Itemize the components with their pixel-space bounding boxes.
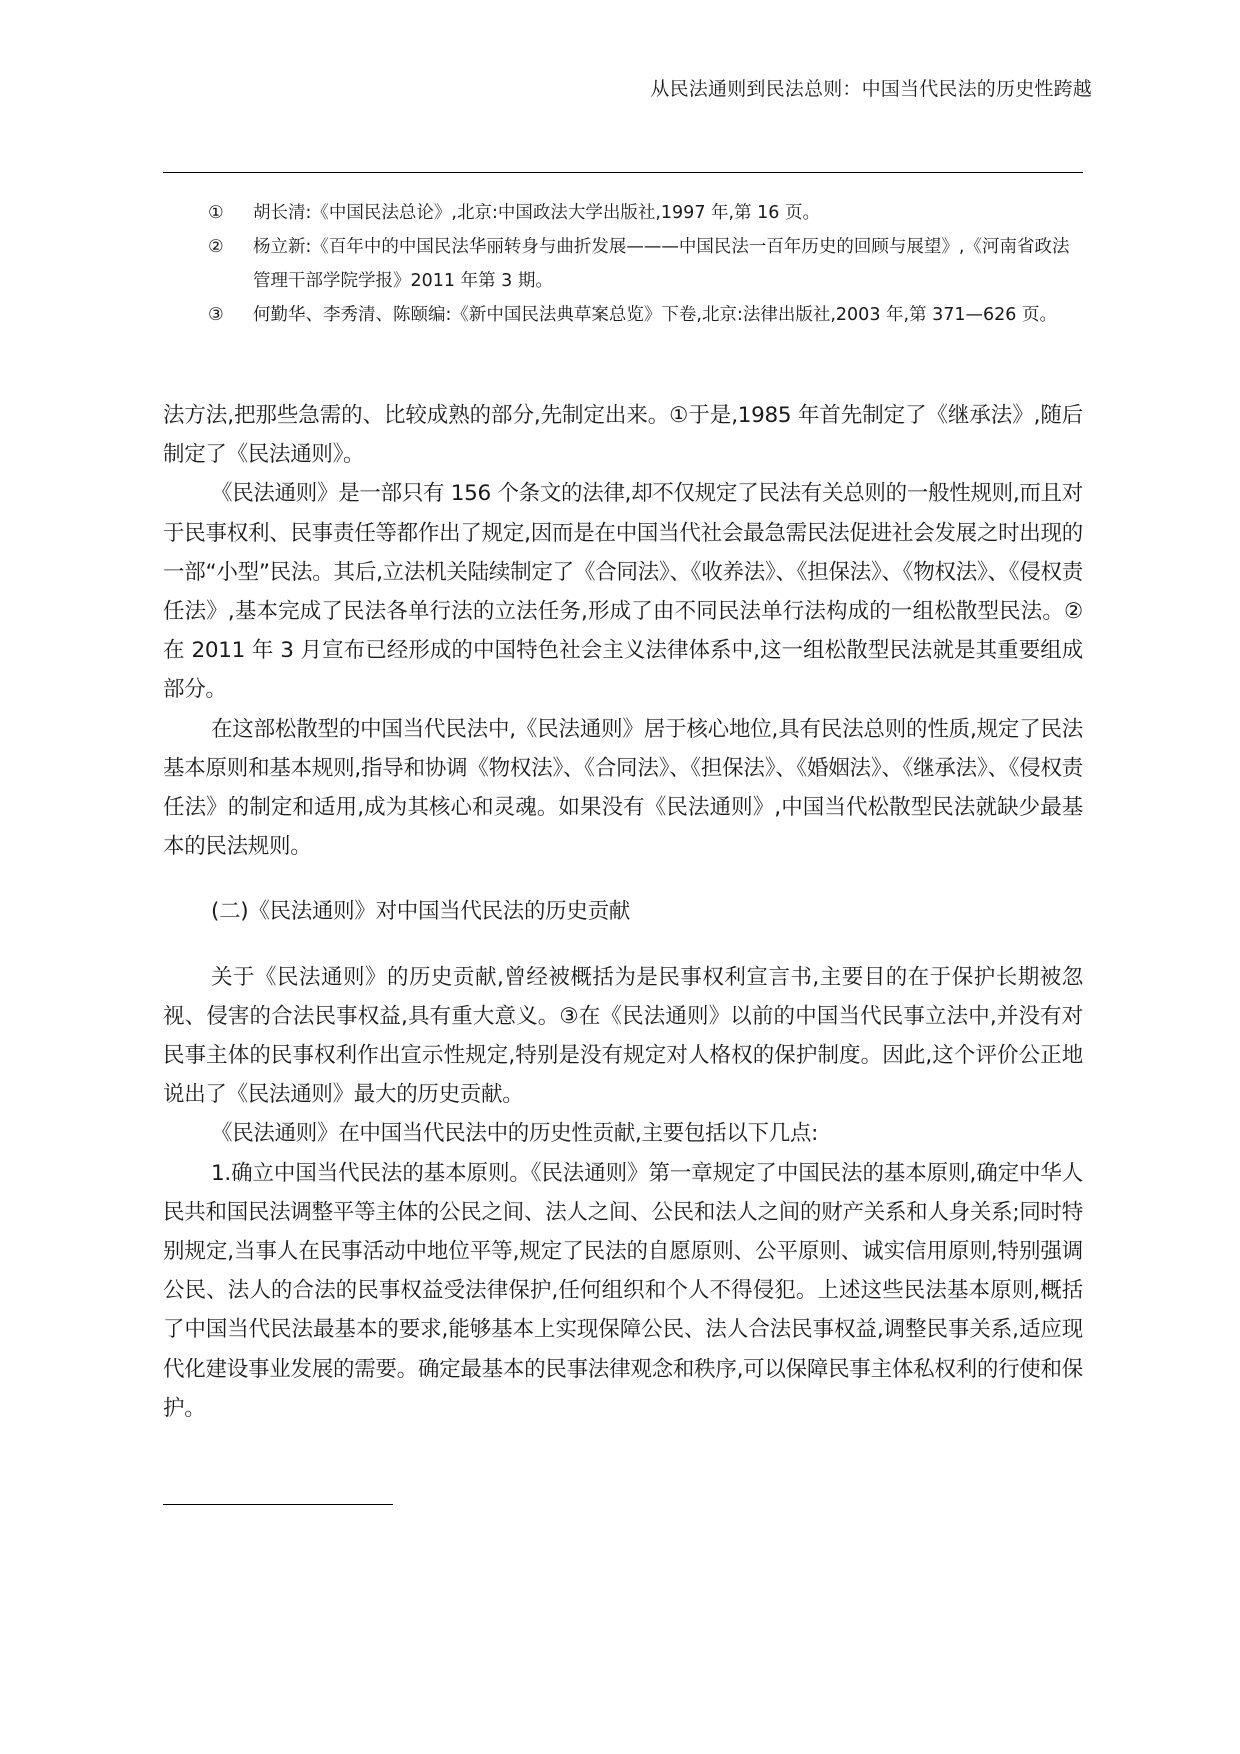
paragraph-continuation: 法方法,把那些急需的、比较成熟的部分,先制定出来。①于是,1985 年首先制定了…: [163, 396, 1083, 474]
footnote-text: 何勤华、李秀清、陈颐编:《新中国民法典草案总览》下卷,北京:法律出版社,2003…: [253, 298, 1083, 332]
paragraph: 在这部松散型的中国当代民法中,《民法通则》居于核心地位,具有民法总则的性质,规定…: [163, 710, 1083, 867]
footnotes-block: ① 胡长清:《中国民法总论》,北京:中国政法大学出版社,1997 年,第 16 …: [163, 196, 1083, 332]
body-text: 法方法,把那些急需的、比较成熟的部分,先制定出来。①于是,1985 年首先制定了…: [163, 396, 1083, 1428]
section-heading: (二)《民法通则》对中国当代民法的历史贡献: [163, 892, 1083, 931]
running-header-title: 从民法通则到民法总则：中国当代民法的历史性跨越: [650, 74, 1092, 101]
footnote-1: ① 胡长清:《中国民法总论》,北京:中国政法大学出版社,1997 年,第 16 …: [163, 196, 1083, 230]
footnote-marker: ②: [163, 230, 253, 264]
footnote-text: 胡长清:《中国民法总论》,北京:中国政法大学出版社,1997 年,第 16 页。: [253, 196, 1083, 230]
paragraph: 1.确立中国当代民法的基本原则。《民法通则》第一章规定了中国民法的基本原则,确定…: [163, 1154, 1083, 1428]
paragraph: 《民法通则》是一部只有 156 个条文的法律,却不仅规定了民法有关总则的一般性规…: [163, 474, 1083, 709]
footnote-separator: [163, 1504, 393, 1505]
footnote-2: ② 杨立新:《百年中的中国民法华丽转身与曲折发展———中国民法一百年历史的回顾与…: [163, 230, 1083, 298]
header-divider: [163, 172, 1083, 173]
footnote-text: 杨立新:《百年中的中国民法华丽转身与曲折发展———中国民法一百年历史的回顾与展望…: [253, 230, 1083, 298]
footnote-3: ③ 何勤华、李秀清、陈颐编:《新中国民法典草案总览》下卷,北京:法律出版社,20…: [163, 298, 1083, 332]
footnote-marker: ③: [163, 298, 253, 332]
footnote-marker: ①: [163, 196, 253, 230]
paragraph: 关于《民法通则》的历史贡献,曾经被概括为是民事权利宣言书,主要目的在于保护长期被…: [163, 958, 1083, 1115]
paragraph: 《民法通则》在中国当代民法中的历史性贡献,主要包括以下几点:: [163, 1114, 1083, 1153]
